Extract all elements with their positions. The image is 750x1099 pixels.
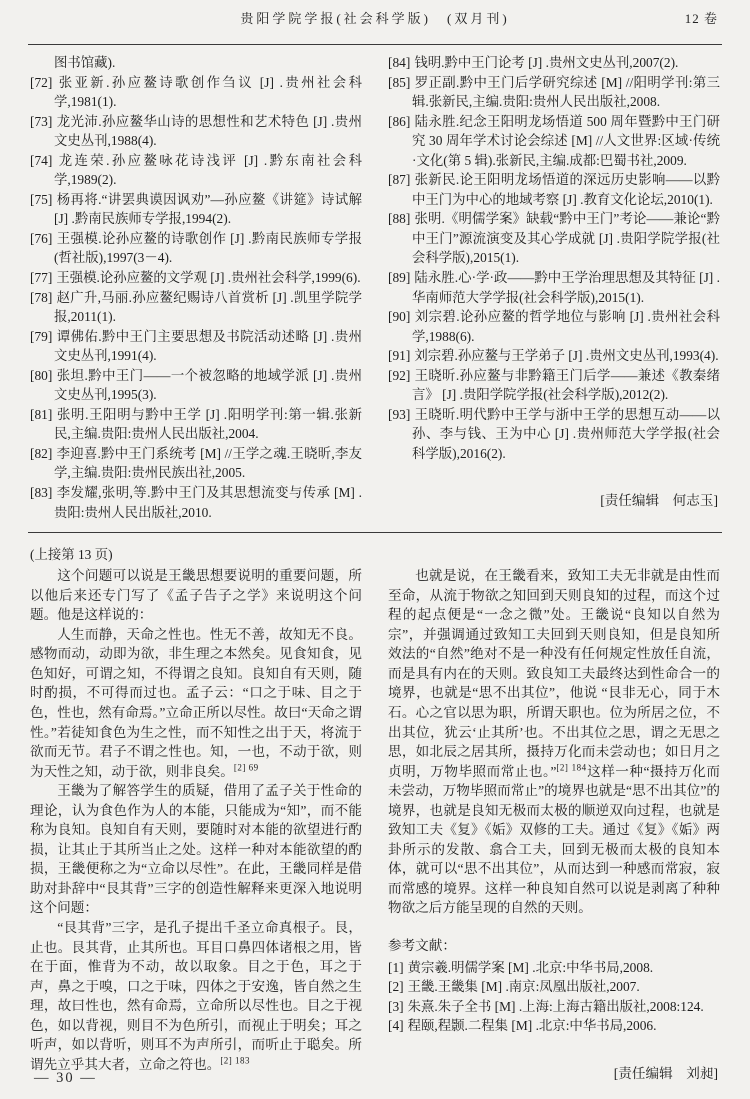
reference-item-73: [73]龙光沛.孙应鳌华山诗的思想性和艺术特色 [J] .贵州文史丛刊,1988… [30, 112, 362, 151]
reference-item-4: [4]程颐,程颢.二程集 [M] .北京:中华书局,2006. [388, 1016, 720, 1036]
reference-text: 图书馆藏). [54, 55, 115, 70]
reference-label: [75] [30, 192, 52, 207]
reference-text: 赵广升,马丽.孙应鳌纪赐诗八首赏析 [J] .凯里学院学报,2011(1). [54, 290, 362, 325]
reference-label: [79] [30, 329, 52, 344]
reference-text: 王晓昕.孙应鳌与非黔籍王门后学——兼述《教秦绪言》 [J] .贵阳学院学报(社会… [412, 368, 720, 403]
reference-label: [88] [388, 211, 410, 226]
paragraph-text: “艮其背”三字，是孔子提出千圣立命真根子。艮，止也。艮其背，止其所也。耳目口鼻四… [30, 920, 362, 1072]
reference-label: [1] [388, 960, 404, 975]
citation-superscript: [2] 69 [234, 762, 259, 772]
article-body-section: 这个问题可以说是王畿思想要说明的重要问题，所以他后来还专门写了《孟子告子之学》来… [30, 566, 720, 1082]
header-rule [28, 44, 722, 45]
reference-text: 杨再将.“讲罢典谟因讽劝”—孙应鳌《讲筵》诗试解 [J] .黔南民族师专学报,1… [54, 192, 362, 227]
reference-text: 罗正副.黔中王门后学研究综述 [M] //阳明学刊:第三辑.张新民,主编.贵阳:… [412, 75, 720, 110]
reference-label: [2] [388, 979, 404, 994]
responsible-editor-note-2: [责任编辑 刘昶] [388, 1062, 718, 1082]
reference-text: 张坦.黔中王门——一个被忽略的地域学派 [J] .贵州文史丛刊,1995(3). [54, 368, 362, 403]
reference-text: 王晓昕.明代黔中王学与浙中王学的思想互动——以孙、李与钱、王为中心 [J] .贵… [412, 407, 720, 461]
reference-item-91: [91]刘宗碧.孙应鳌与王学弟子 [J] .贵州文史丛刊,1993(4). [388, 346, 720, 366]
reference-text: 李迎喜.黔中王门系统考 [M] //王学之魂.王晓昕,李友学,主编.贵阳:贵州民… [54, 446, 362, 481]
reference-item-78: [78]赵广升,马丽.孙应鳌纪赐诗八首赏析 [J] .凯里学院学报,2011(1… [30, 288, 362, 327]
reference-item-77: [77]王强模.论孙应鳌的文学观 [J] .贵州社会科学,1999(6). [30, 268, 362, 288]
reference-label: [91] [388, 348, 410, 363]
reference-text: 黄宗羲.明儒学案 [M] .北京:中华书局,2008. [408, 960, 654, 975]
paragraph-text: 人生而静，天命之性也。性无不善，故知无不良。感物而动，动即为欲，非生理之本然矣。… [30, 627, 362, 779]
reference-item-75: [75]杨再将.“讲罢典谟因讽劝”—孙应鳌《讲筵》诗试解 [J] .黔南民族师专… [30, 190, 362, 229]
reference-item-81: [81]张明.王阳明与黔中王学 [J] .阳明学刊:第一辑.张新民,主编.贵阳:… [30, 405, 362, 444]
reference-label: [86] [388, 114, 410, 129]
paragraph-text: 这样一种“摄持万化而未尝动，万物毕照而常止”的境界也就是“思不出其位”的境界，也… [388, 764, 720, 916]
reference-text: 李发耀,张明,等.黔中王门及其思想流变与传承 [M] .贵阳:贵州人民出版社,2… [54, 485, 362, 520]
reference-text: 王强模.论孙应鳌的文学观 [J] .贵州社会科学,1999(6). [56, 270, 360, 285]
reference-item-88: [88]张明.《明儒学案》缺载“黔中王门”考论——兼论“黔中王门”源流演变及其心… [388, 209, 720, 268]
journal-title: 贵阳学院学报(社会科学版) (双月刊) [0, 8, 750, 27]
reference-label: [89] [388, 270, 410, 285]
reference-label: [81] [30, 407, 52, 422]
reference-text: 陆永胜.纪念王阳明龙场悟道 500 周年暨黔中王门研究 30 周年学术讨论会综述… [412, 114, 720, 168]
reference-text: 张新民.论王阳明龙场悟道的深远历史影响——以黔中王门为中心的地域考察 [J] .… [412, 172, 720, 207]
reference-label: [80] [30, 368, 52, 383]
reference-item-82: [82]李迎喜.黔中王门系统考 [M] //王学之魂.王晓昕,李友学,主编.贵阳… [30, 444, 362, 483]
reference-text: 刘宗碧.孙应鳌与王学弟子 [J] .贵州文史丛刊,1993(4). [414, 348, 718, 363]
reference-item-80: [80]张坦.黔中王门——一个被忽略的地域学派 [J] .贵州文史丛刊,1995… [30, 366, 362, 405]
reference-text: 朱熹.朱子全书 [M] .上海:上海古籍出版社,2008:124. [408, 999, 704, 1014]
reference-item-84: [84]钱明.黔中王门论考 [J] .贵州文史丛刊,2007(2). [388, 53, 720, 73]
reference-text: 谭佛佑.黔中王门主要思想及书院活动述略 [J] .贵州文史丛刊,1991(4). [54, 329, 362, 364]
reference-label: [73] [30, 114, 52, 129]
body-right-column: 也就是说，在王畿看来，致知工夫无非就是由性而至命，从流于物欲之知回到天则良知的过… [388, 566, 720, 1082]
reference-item-72: [72]张亚新.孙应鳌诗歌创作刍议 [J] .贵州社会科学,1981(1). [30, 73, 362, 112]
page-number: — 30 — [34, 1070, 97, 1087]
reference-item-3: [3]朱熹.朱子全书 [M] .上海:上海古籍出版社,2008:124. [388, 997, 720, 1017]
reference-text: 张亚新.孙应鳌诗歌创作刍议 [J] .贵州社会科学,1981(1). [54, 75, 362, 110]
reference-label: [72] [30, 75, 52, 90]
paragraph-text: 这个问题可以说是王畿思想要说明的重要问题，所以他后来还专门写了《孟子告子之学》来… [30, 568, 362, 622]
block-quote-paragraph: “艮其背”三字，是孔子提出千圣立命真根子。艮，止也。艮其背，止其所也。耳目口鼻四… [30, 918, 362, 1074]
body-left-column: 这个问题可以说是王畿思想要说明的重要问题，所以他后来还专门写了《孟子告子之学》来… [30, 566, 362, 1082]
reference-item-79: [79]谭佛佑.黔中王门主要思想及书院活动述略 [J] .贵州文史丛刊,1991… [30, 327, 362, 366]
reference-label: [83] [30, 485, 52, 500]
reference-text: 刘宗碧.论孙应鳌的哲学地位与影响 [J] .贵州社会科学,1988(6). [412, 309, 720, 344]
reference-item-1: [1]黄宗羲.明儒学案 [M] .北京:中华书局,2008. [388, 958, 720, 978]
reference-label: [3] [388, 999, 404, 1014]
responsible-editor-note-1: [责任编辑 何志玉] [388, 489, 718, 509]
reference-continuation: 图书馆藏). [30, 53, 362, 73]
citation-superscript: [2] 184 [556, 762, 586, 772]
reference-label: [87] [388, 172, 410, 187]
paragraph: 王畿为了解答学生的质疑，借用了孟子关于性命的理论，认为食色作为人的本能，只能成为… [30, 781, 362, 918]
reference-item-2: [2]王畿.王畿集 [M] .南京:凤凰出版社,2007. [388, 977, 720, 997]
reference-item-92: [92]王晓昕.孙应鳌与非黔籍王门后学——兼述《教秦绪言》 [J] .贵阳学院学… [388, 366, 720, 405]
paragraph-text: 王畿为了解答学生的质疑，借用了孟子关于性命的理论，认为食色作为人的本能，只能成为… [30, 783, 362, 915]
reference-text: 陆永胜.心·学·政——黔中王学治理思想及其特征 [J] .华南师范大学学报(社会… [412, 270, 720, 305]
citation-superscript: [2] 183 [220, 1055, 250, 1065]
references-heading: 参考文献： [388, 936, 720, 956]
reference-text: 张明.王阳明与黔中王学 [J] .阳明学刊:第一辑.张新民,主编.贵阳:贵州人民… [54, 407, 362, 442]
reference-label: [74] [30, 153, 52, 168]
reference-label: [93] [388, 407, 410, 422]
reference-label: [84] [388, 55, 410, 70]
reference-label: [92] [388, 368, 410, 383]
references-left-column: 图书馆藏). [72]张亚新.孙应鳌诗歌创作刍议 [J] .贵州社会科学,198… [30, 53, 362, 522]
references-right-column: [84]钱明.黔中王门论考 [J] .贵州文史丛刊,2007(2). [85]罗… [388, 53, 720, 522]
section-divider-rule [28, 532, 722, 533]
paragraph: 也就是说，在王畿看来，致知工夫无非就是由性而至命，从流于物欲之知回到天则良知的过… [388, 566, 720, 918]
reference-item-89: [89]陆永胜.心·学·政——黔中王学治理思想及其特征 [J] .华南师范大学学… [388, 268, 720, 307]
reference-label: [4] [388, 1018, 404, 1033]
reference-item-90: [90]刘宗碧.论孙应鳌的哲学地位与影响 [J] .贵州社会科学,1988(6)… [388, 307, 720, 346]
reference-text: 王强模.论孙应鳌的诗歌创作 [J] .黔南民族师专学报(哲社版),1997(3－… [54, 231, 362, 266]
reference-text: 程颐,程颢.二程集 [M] .北京:中华书局,2006. [408, 1018, 657, 1033]
reference-label: [90] [388, 309, 410, 324]
paragraph-text: 也就是说，在王畿看来，致知工夫无非就是由性而至命，从流于物欲之知回到天则良知的过… [388, 568, 720, 778]
reference-item-74: [74]龙连荣.孙应鳌咏花诗浅评 [J] .黔东南社会科学,1989(2). [30, 151, 362, 190]
reference-label: [78] [30, 290, 52, 305]
reference-item-76: [76]王强模.论孙应鳌的诗歌创作 [J] .黔南民族师专学报(哲社版),199… [30, 229, 362, 268]
references-top-section: 图书馆藏). [72]张亚新.孙应鳌诗歌创作刍议 [J] .贵州社会科学,198… [30, 53, 720, 522]
reference-text: 张明.《明儒学案》缺载“黔中王门”考论——兼论“黔中王门”源流演变及其心学成就 … [412, 211, 720, 265]
reference-text: 钱明.黔中王门论考 [J] .贵州文史丛刊,2007(2). [414, 55, 678, 70]
page-header: 贵阳学院学报(社会科学版) (双月刊) 12 卷 [0, 0, 750, 38]
reference-label: [77] [30, 270, 52, 285]
reference-text: 龙连荣.孙应鳌咏花诗浅评 [J] .黔东南社会科学,1989(2). [54, 153, 362, 188]
reference-item-83: [83]李发耀,张明,等.黔中王门及其思想流变与传承 [M] .贵阳:贵州人民出… [30, 483, 362, 522]
reference-item-85: [85]罗正副.黔中王门后学研究综述 [M] //阳明学刊:第三辑.张新民,主编… [388, 73, 720, 112]
continued-from-note: (上接第 13 页) [30, 545, 720, 564]
reference-item-86: [86]陆永胜.纪念王阳明龙场悟道 500 周年暨黔中王门研究 30 周年学术讨… [388, 112, 720, 171]
reference-label: [82] [30, 446, 52, 461]
reference-item-93: [93]王晓昕.明代黔中王学与浙中王学的思想互动——以孙、李与钱、王为中心 [J… [388, 405, 720, 464]
journal-page: 贵阳学院学报(社会科学版) (双月刊) 12 卷 图书馆藏). [72]张亚新.… [0, 0, 750, 1099]
volume-number: 12 卷 [685, 8, 718, 27]
reference-label: [85] [388, 75, 410, 90]
paragraph: 这个问题可以说是王畿思想要说明的重要问题，所以他后来还专门写了《孟子告子之学》来… [30, 566, 362, 625]
reference-item-87: [87]张新民.论王阳明龙场悟道的深远历史影响——以黔中王门为中心的地域考察 [… [388, 170, 720, 209]
reference-label: [76] [30, 231, 52, 246]
reference-text: 龙光沛.孙应鳌华山诗的思想性和艺术特色 [J] .贵州文史丛刊,1988(4). [54, 114, 362, 149]
reference-text: 王畿.王畿集 [M] .南京:凤凰出版社,2007. [408, 979, 640, 994]
block-quote-paragraph: 人生而静，天命之性也。性无不善，故知无不良。感物而动，动即为欲，非生理之本然矣。… [30, 625, 362, 781]
